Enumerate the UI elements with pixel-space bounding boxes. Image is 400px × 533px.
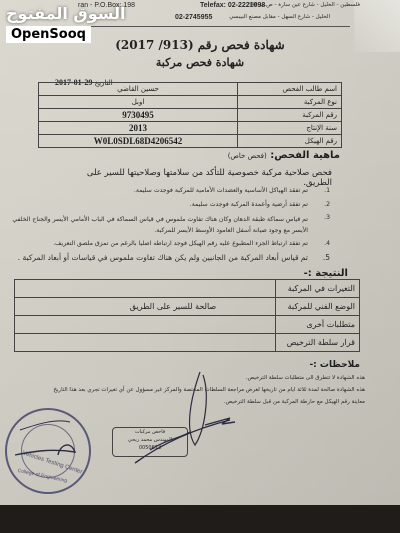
- certificate-title: شهادة فحص مركبة: [0, 56, 400, 69]
- table-row: رقم المركبة 9730495: [39, 109, 342, 122]
- licensing-decision-value: [15, 334, 276, 352]
- letterhead-address-1: فلسطين - الخليل - شارع عين سارة - ص.ب ١٩…: [249, 2, 360, 8]
- inspection-heading: ماهية الفحص: (فحص خاص): [228, 150, 340, 161]
- chassis-number-value: W0L0SDL68D4206542: [39, 135, 238, 148]
- finding-number: 5.: [323, 251, 330, 265]
- finding-text: تم تفقد ارتباط الجزء المطبوع عليه رقم ال…: [53, 240, 308, 247]
- applicant-name-label: اسم طالب الفحص: [238, 83, 342, 96]
- table-row: نوع المركبة اوبل: [39, 96, 342, 109]
- vehicle-type-label: نوع المركبة: [238, 96, 342, 109]
- table-row: متطلبات أخرى: [15, 316, 360, 334]
- letterhead-fax-2: 02-2745955: [175, 14, 212, 21]
- vehicle-changes-value: [15, 280, 276, 298]
- note-line: هذه الشهادة صالحة لمدة ثلاثة ايام من تار…: [25, 384, 365, 396]
- result-heading: النتيجة :-: [304, 268, 348, 279]
- applicant-name-value: حسين القاضي: [39, 83, 238, 96]
- finding-item: 4.تم تفقد ارتباط الجزء المطبوع عليه رقم …: [10, 237, 330, 251]
- finding-number: 4.: [324, 237, 330, 251]
- chassis-number-label: رقم الهيكل: [238, 135, 342, 148]
- finding-item: 3.تم قياس سماكة طبقة الدهان وكان هناك تف…: [10, 212, 330, 237]
- table-row: التغيرات في المركبة: [15, 280, 360, 298]
- finding-item: 1.تم تفقد الهياكل الأساسية والعضدات الأم…: [10, 184, 330, 198]
- vehicle-type-value: اوبل: [39, 96, 238, 109]
- vehicle-number-value: 9730495: [39, 109, 238, 122]
- production-year-value: 2013: [39, 122, 238, 135]
- other-requirements-value: [15, 316, 276, 334]
- production-year-label: سنة الإنتاج: [238, 122, 342, 135]
- table-row: قرار سلطة الترخيص: [15, 334, 360, 352]
- inspector-title: فاحص مركبات: [113, 428, 187, 436]
- table-row: الوضع الفني للمركبة صالحة للسير على الطر…: [15, 298, 360, 316]
- findings-list: 1.تم تفقد الهياكل الأساسية والعضدات الأم…: [10, 184, 330, 265]
- notes: هذه الشهادة لا تتطرق الى متطلبات سلطة ال…: [25, 372, 365, 408]
- finding-text: تم قياس أبعاد المركبة من الجانبين ولم يك…: [18, 253, 308, 262]
- table-row: سنة الإنتاج 2013: [39, 122, 342, 135]
- finding-item: 2.تم تفقد أرضية وأعمدة المركبة فوجدت سلي…: [10, 198, 330, 212]
- finding-number: 3.: [324, 212, 330, 223]
- finding-item: 5.تم قياس أبعاد المركبة من الجانبين ولم …: [10, 251, 330, 265]
- other-requirements-label: متطلبات أخرى: [276, 316, 360, 334]
- finding-text: تم تفقد الهياكل الأساسية والعضدات الأمام…: [134, 187, 308, 194]
- finding-text: تم تفقد أرضية وأعمدة المركبة فوجدت سليمة…: [190, 201, 308, 208]
- inspection-heading-label: ماهية الفحص:: [270, 150, 340, 161]
- watermark-logo: OpenSooq: [6, 26, 91, 43]
- vehicle-info-table: اسم طالب الفحص حسين القاضي نوع المركبة ا…: [38, 82, 342, 148]
- inspector-signature-stamp: فاحص مركبات المهندس محمد ريحي 0050613: [112, 427, 188, 457]
- result-table: التغيرات في المركبة الوضع الفني للمركبة …: [14, 279, 360, 352]
- table-row: رقم الهيكل W0L0SDL68D4206542: [39, 135, 342, 148]
- finding-text: تم قياس سماكة طبقة الدهان وكان هناك تفاو…: [12, 216, 308, 234]
- technical-condition-label: الوضع الفني للمركبة: [276, 298, 360, 316]
- table-row: اسم طالب الفحص حسين القاضي: [39, 83, 342, 96]
- technical-condition-value: صالحة للسير على الطريق: [15, 298, 276, 316]
- letterhead-address-2: الخليل - شارع السهل - مقابل مصنع البيبسي: [229, 14, 330, 20]
- note-line: هذه الشهادة لا تتطرق الى متطلبات سلطة ال…: [25, 372, 365, 384]
- licensing-decision-label: قرار سلطة الترخيص: [276, 334, 360, 352]
- inspector-id: 0050613: [113, 444, 187, 452]
- official-stamp: Vehicles Testing Center College of Engin…: [5, 408, 91, 494]
- watermark-arabic: السوق المفتوح: [6, 5, 126, 23]
- note-line: معاينة رقم الهيكل مع حارطة المركبة من قب…: [25, 396, 365, 408]
- opensooq-watermark: السوق المفتوح OpenSooq: [6, 5, 126, 43]
- vehicle-changes-label: التغيرات في المركبة: [276, 280, 360, 298]
- finding-number: 2.: [324, 198, 330, 212]
- vehicle-number-label: رقم المركبة: [238, 109, 342, 122]
- table-surface: [0, 505, 400, 533]
- finding-number: 1.: [324, 184, 330, 198]
- notes-heading: ملاحظات :-: [309, 360, 360, 370]
- inspection-type: (فحص خاص): [228, 152, 267, 160]
- inspector-name: المهندس محمد ريحي: [113, 436, 187, 444]
